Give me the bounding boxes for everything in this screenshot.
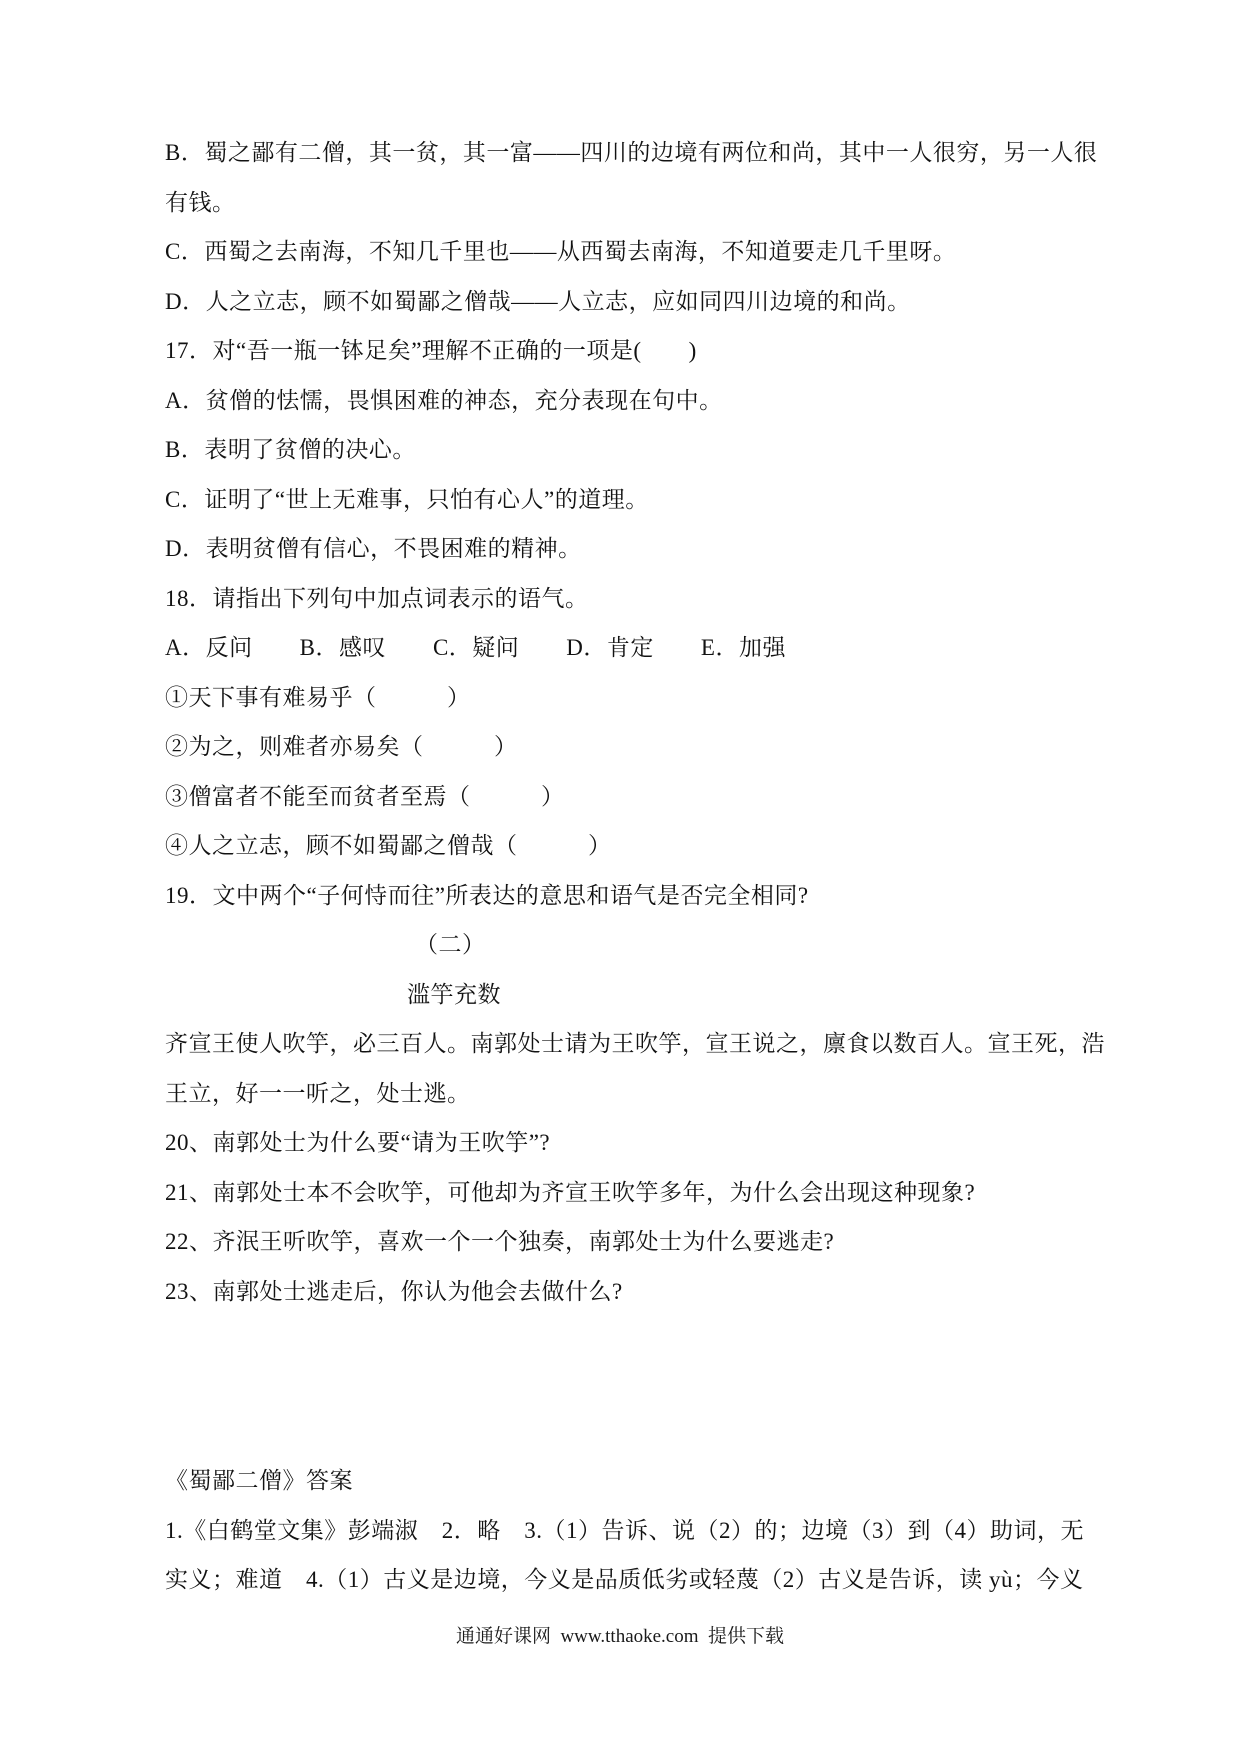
option-d-translation-line: D．人之立志，顾不如蜀鄙之僧哉——人立志，应如同四川边境的和尚。 xyxy=(165,277,1090,327)
question-18-item-1: ①天下事有难易乎（ ） xyxy=(165,673,1090,723)
question-18-choices: A．反问 B．感叹 C．疑问 D．肯定 E．加强 xyxy=(165,623,1090,673)
answer-line-1: 1.《白鹤堂文集》彭端淑 2．略 3.（1）告诉、说（2）的；边境（3）到（4）… xyxy=(165,1506,1090,1556)
question-20: 20、南郭处士为什么要“请为王吹竽”? xyxy=(165,1118,1090,1168)
question-18: 18．请指出下列句中加点词表示的语气。 xyxy=(165,574,1090,624)
question-17-option-c: C．证明了“世上无难事，只怕有心人”的道理。 xyxy=(165,475,1090,525)
page-footer-watermark: 通通好课网 www.tthaoke.com 提供下载 xyxy=(0,1622,1240,1652)
section-gap xyxy=(165,1316,1090,1456)
answer-line-2: 实义；难道 4.（1）古义是边境，今义是品质低劣或轻蔑（2）古义是告诉，读 yù… xyxy=(165,1555,1090,1605)
passage-text-line-1: 齐宣王使人吹竽，必三百人。南郭处士请为王吹竽，宣王说之，廪食以数百人。宣王死，浩 xyxy=(165,1019,1090,1069)
question-17: 17．对“吾一瓶一钵足矣”理解不正确的一项是( ) xyxy=(165,326,1090,376)
question-17-option-d: D．表明贫僧有信心，不畏困难的精神。 xyxy=(165,524,1090,574)
question-18-item-3: ③僧富者不能至而贫者至焉（ ） xyxy=(165,772,1090,822)
passage-title: 滥竽充数 xyxy=(165,970,1090,1020)
question-17-option-b: B．表明了贫僧的决心。 xyxy=(165,425,1090,475)
answer-section-title: 《蜀鄙二僧》答案 xyxy=(165,1456,1090,1506)
question-17-option-a: A．贫僧的怯懦，畏惧困难的神态，充分表现在句中。 xyxy=(165,376,1090,426)
question-23: 23、南郭处士逃走后，你认为他会去做什么? xyxy=(165,1267,1090,1317)
question-19: 19．文中两个“子何恃而往”所表达的意思和语气是否完全相同? xyxy=(165,871,1090,921)
section-marker-two: （二） xyxy=(165,920,1090,970)
question-22: 22、齐泯王听吹竽，喜欢一个一个独奏，南郭处士为什么要逃走? xyxy=(165,1217,1090,1267)
option-c-translation-line: C．西蜀之去南海，不知几千里也——从西蜀去南海，不知道要走几千里呀。 xyxy=(165,227,1090,277)
passage-text-line-2: 王立，好一一听之，处士逃。 xyxy=(165,1069,1090,1119)
document-page: { "doc": { "lines": [ "B．蜀之鄙有二僧，其一贫，其一富—… xyxy=(0,0,1240,1754)
document-body: B．蜀之鄙有二僧，其一贫，其一富——四川的边境有两位和尚，其中一人很穷，另一人很… xyxy=(0,0,1240,1605)
option-b-translation-line: B．蜀之鄙有二僧，其一贫，其一富——四川的边境有两位和尚，其中一人很穷，另一人很 xyxy=(165,128,1090,178)
question-21: 21、南郭处士本不会吹竽，可他却为齐宣王吹竽多年，为什么会出现这种现象? xyxy=(165,1168,1090,1218)
option-b-translation-continuation: 有钱。 xyxy=(165,178,1090,228)
question-18-item-2: ②为之，则难者亦易矣（ ） xyxy=(165,722,1090,772)
question-18-item-4: ④人之立志，顾不如蜀鄙之僧哉（ ） xyxy=(165,821,1090,871)
